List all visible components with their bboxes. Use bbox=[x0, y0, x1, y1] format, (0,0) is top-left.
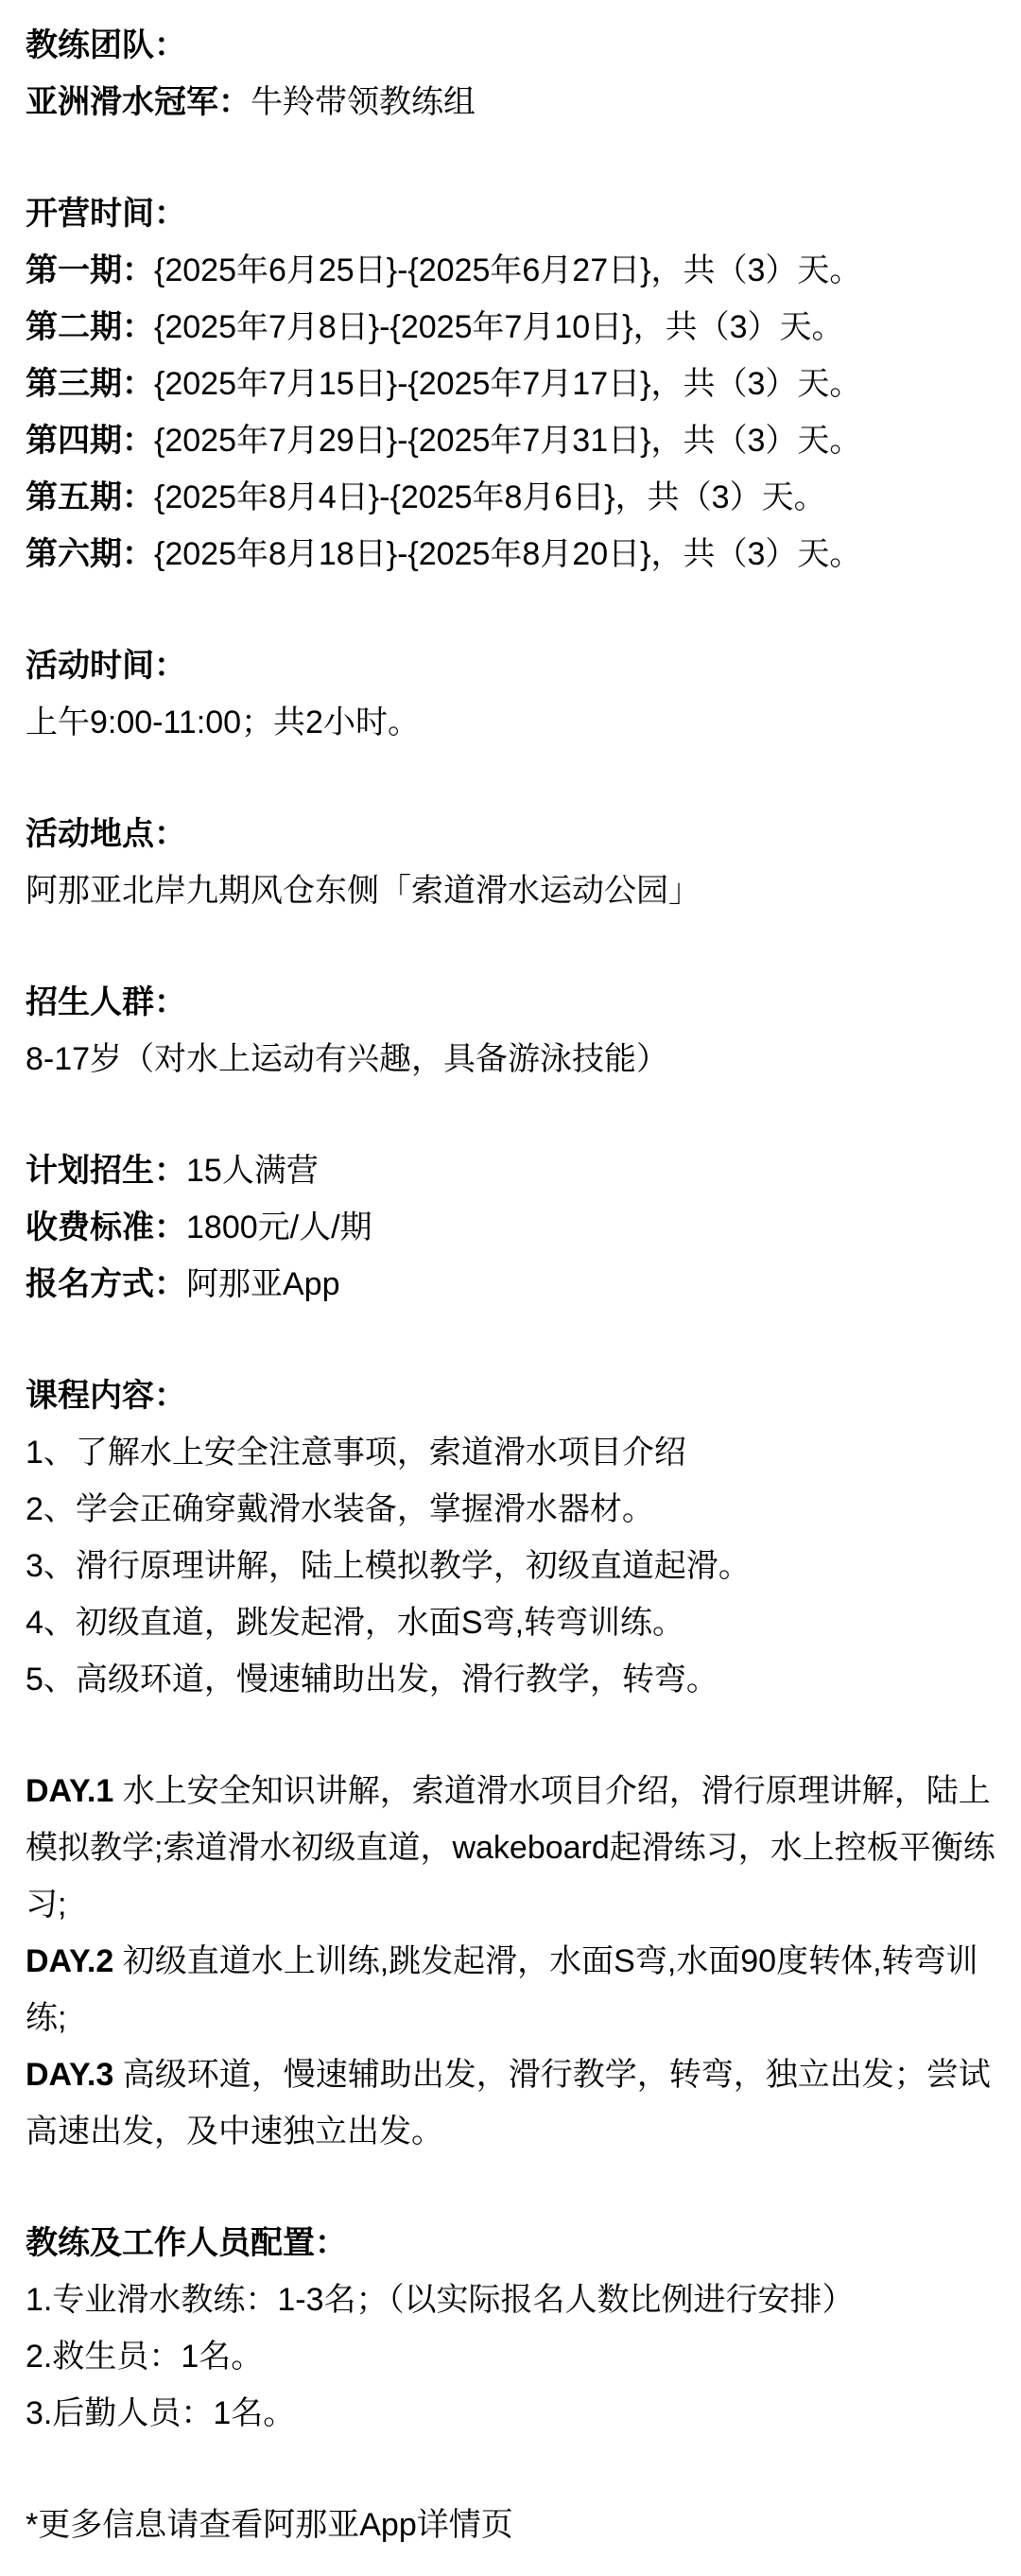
camp-period-6-label: 第六期： bbox=[26, 536, 154, 572]
fee-standard-line: 收费标准：1800元/人/期 bbox=[26, 1199, 995, 1256]
staff-item-2: 2.救生员：1名。 bbox=[26, 2328, 995, 2385]
camp-dates-heading-label: 开营时间： bbox=[26, 196, 186, 232]
coach-team-heading-label: 教练团队： bbox=[26, 27, 186, 63]
fee-standard-line-text: 1800元/人/期 bbox=[186, 1210, 372, 1245]
footnote-more-info: *更多信息请查看阿那亚App详情页 bbox=[26, 2497, 995, 2553]
fee-standard-line-label: 收费标准： bbox=[26, 1210, 186, 1245]
day2-paragraph-label: DAY.2 bbox=[26, 1943, 123, 1979]
camp-period-3-text: {2025年7月15日}-{2025年7月17日}，共（3）天。 bbox=[154, 366, 861, 402]
course-content-heading: 课程内容： bbox=[26, 1367, 995, 1424]
course-item-1: 1、了解水上安全注意事项，索道滑水项目介绍 bbox=[26, 1424, 995, 1481]
staff-item-3: 3.后勤人员：1名。 bbox=[26, 2385, 995, 2442]
camp-info-document: 教练团队：亚洲滑水冠军：牛羚带领教练组开营时间：第一期：{2025年6月25日}… bbox=[0, 0, 1021, 2576]
staff-config-heading-label: 教练及工作人员配置： bbox=[26, 2225, 347, 2261]
footnote-more-info-text: *更多信息请查看阿那亚App详情页 bbox=[26, 2507, 513, 2543]
day2-paragraph-text: 初级直道水上训练,跳发起滑，水面S弯,水面90度转体,转弯训练; bbox=[26, 1943, 978, 2036]
camp-period-2-label: 第二期： bbox=[26, 309, 154, 345]
enrollment-group-value-text: 8-17岁（对水上运动有兴趣，具备游泳技能） bbox=[26, 1041, 668, 1077]
planned-enrollment-line-text: 15人满营 bbox=[186, 1153, 319, 1189]
staff-item-2-text: 2.救生员：1名。 bbox=[26, 2339, 263, 2375]
coach-team-champion-line-label: 亚洲滑水冠军： bbox=[26, 84, 251, 120]
staff-item-3-text: 3.后勤人员：1名。 bbox=[26, 2395, 295, 2431]
camp-period-5-label: 第五期： bbox=[26, 479, 154, 515]
day2-paragraph: DAY.2 初级直道水上训练,跳发起滑，水面S弯,水面90度转体,转弯训练; bbox=[26, 1933, 995, 2046]
course-item-3-text: 3、滑行原理讲解，陆上模拟教学，初级直道起滑。 bbox=[26, 1548, 751, 1584]
camp-period-4: 第四期：{2025年7月29日}-{2025年7月31日}，共（3）天。 bbox=[26, 412, 995, 469]
course-item-5: 5、高级环道，慢速辅助出发，滑行教学，转弯。 bbox=[26, 1651, 995, 1708]
day3-paragraph-text: 高级环道，慢速辅助出发，滑行教学，转弯，独立出发；尝试高速出发，及中速独立出发。 bbox=[26, 2057, 991, 2150]
camp-period-4-text: {2025年7月29日}-{2025年7月31日}，共（3）天。 bbox=[154, 423, 861, 459]
course-item-3: 3、滑行原理讲解，陆上模拟教学，初级直道起滑。 bbox=[26, 1538, 995, 1594]
activity-time-value-text: 上午9:00-11:00；共2小时。 bbox=[26, 705, 420, 740]
staff-item-1-text: 1.专业滑水教练：1-3名；（以实际报名人数比例进行安排） bbox=[26, 2282, 855, 2318]
camp-period-5-text: {2025年8月4日}-{2025年8月6日}，共（3）天。 bbox=[154, 479, 826, 515]
enrollment-group-value: 8-17岁（对水上运动有兴趣，具备游泳技能） bbox=[26, 1031, 995, 1088]
day1-paragraph: DAY.1 水上安全知识讲解，索道滑水项目介绍，滑行原理讲解，陆上模拟教学;索道… bbox=[26, 1763, 995, 1933]
registration-method-line-label: 报名方式： bbox=[26, 1266, 186, 1302]
course-item-2-text: 2、学会正确穿戴滑水装备，掌握滑水器材。 bbox=[26, 1491, 654, 1527]
day1-paragraph-label: DAY.1 bbox=[26, 1773, 123, 1809]
camp-period-6-text: {2025年8月18日}-{2025年8月20日}，共（3）天。 bbox=[154, 536, 861, 572]
camp-period-5: 第五期：{2025年8月4日}-{2025年8月6日}，共（3）天。 bbox=[26, 469, 995, 526]
camp-period-1-label: 第一期： bbox=[26, 252, 154, 288]
camp-period-1: 第一期：{2025年6月25日}-{2025年6月27日}，共（3）天。 bbox=[26, 242, 995, 299]
enrollment-group-heading: 招生人群： bbox=[26, 974, 995, 1031]
activity-time-heading-label: 活动时间： bbox=[26, 648, 186, 684]
camp-period-6: 第六期：{2025年8月18日}-{2025年8月20日}，共（3）天。 bbox=[26, 526, 995, 583]
day3-paragraph-label: DAY.3 bbox=[26, 2057, 123, 2093]
activity-location-heading-label: 活动地点： bbox=[26, 816, 186, 852]
activity-location-heading: 活动地点： bbox=[26, 806, 995, 862]
camp-period-2: 第二期：{2025年7月8日}-{2025年7月10日}，共（3）天。 bbox=[26, 299, 995, 356]
course-item-5-text: 5、高级环道，慢速辅助出发，滑行教学，转弯。 bbox=[26, 1662, 718, 1697]
course-item-1-text: 1、了解水上安全注意事项，索道滑水项目介绍 bbox=[26, 1435, 686, 1471]
camp-period-1-text: {2025年6月25日}-{2025年6月27日}，共（3）天。 bbox=[154, 252, 861, 288]
activity-time-heading: 活动时间： bbox=[26, 637, 995, 694]
enrollment-group-heading-label: 招生人群： bbox=[26, 984, 186, 1020]
course-item-4-text: 4、初级直道，跳发起滑，水面S弯,转弯训练。 bbox=[26, 1605, 684, 1641]
activity-location-value-text: 阿那亚北岸九期风仓东侧「索道滑水运动公园」 bbox=[26, 873, 701, 909]
coach-team-champion-line-text: 牛羚带领教练组 bbox=[251, 84, 476, 120]
camp-dates-heading: 开营时间： bbox=[26, 185, 995, 242]
coach-team-heading: 教练团队： bbox=[26, 17, 995, 74]
coach-team-champion-line: 亚洲滑水冠军：牛羚带领教练组 bbox=[26, 74, 995, 131]
staff-config-heading: 教练及工作人员配置： bbox=[26, 2215, 995, 2271]
activity-location-value: 阿那亚北岸九期风仓东侧「索道滑水运动公园」 bbox=[26, 862, 995, 919]
course-item-4: 4、初级直道，跳发起滑，水面S弯,转弯训练。 bbox=[26, 1594, 995, 1651]
planned-enrollment-line-label: 计划招生： bbox=[26, 1153, 186, 1189]
camp-period-4-label: 第四期： bbox=[26, 423, 154, 459]
registration-method-line-text: 阿那亚App bbox=[186, 1266, 340, 1302]
course-content-heading-label: 课程内容： bbox=[26, 1378, 186, 1414]
camp-period-3-label: 第三期： bbox=[26, 366, 154, 402]
course-item-2: 2、学会正确穿戴滑水装备，掌握滑水器材。 bbox=[26, 1481, 995, 1538]
day3-paragraph: DAY.3 高级环道，慢速辅助出发，滑行教学，转弯，独立出发；尝试高速出发，及中… bbox=[26, 2046, 995, 2160]
day1-paragraph-text: 水上安全知识讲解，索道滑水项目介绍，滑行原理讲解，陆上模拟教学;索道滑水初级直道… bbox=[26, 1773, 995, 1923]
registration-method-line: 报名方式：阿那亚App bbox=[26, 1256, 995, 1313]
camp-period-3: 第三期：{2025年7月15日}-{2025年7月17日}，共（3）天。 bbox=[26, 356, 995, 412]
camp-period-2-text: {2025年7月8日}-{2025年7月10日}，共（3）天。 bbox=[154, 309, 843, 345]
staff-item-1: 1.专业滑水教练：1-3名；（以实际报名人数比例进行安排） bbox=[26, 2271, 995, 2328]
planned-enrollment-line: 计划招生：15人满营 bbox=[26, 1142, 995, 1199]
activity-time-value: 上午9:00-11:00；共2小时。 bbox=[26, 694, 995, 751]
